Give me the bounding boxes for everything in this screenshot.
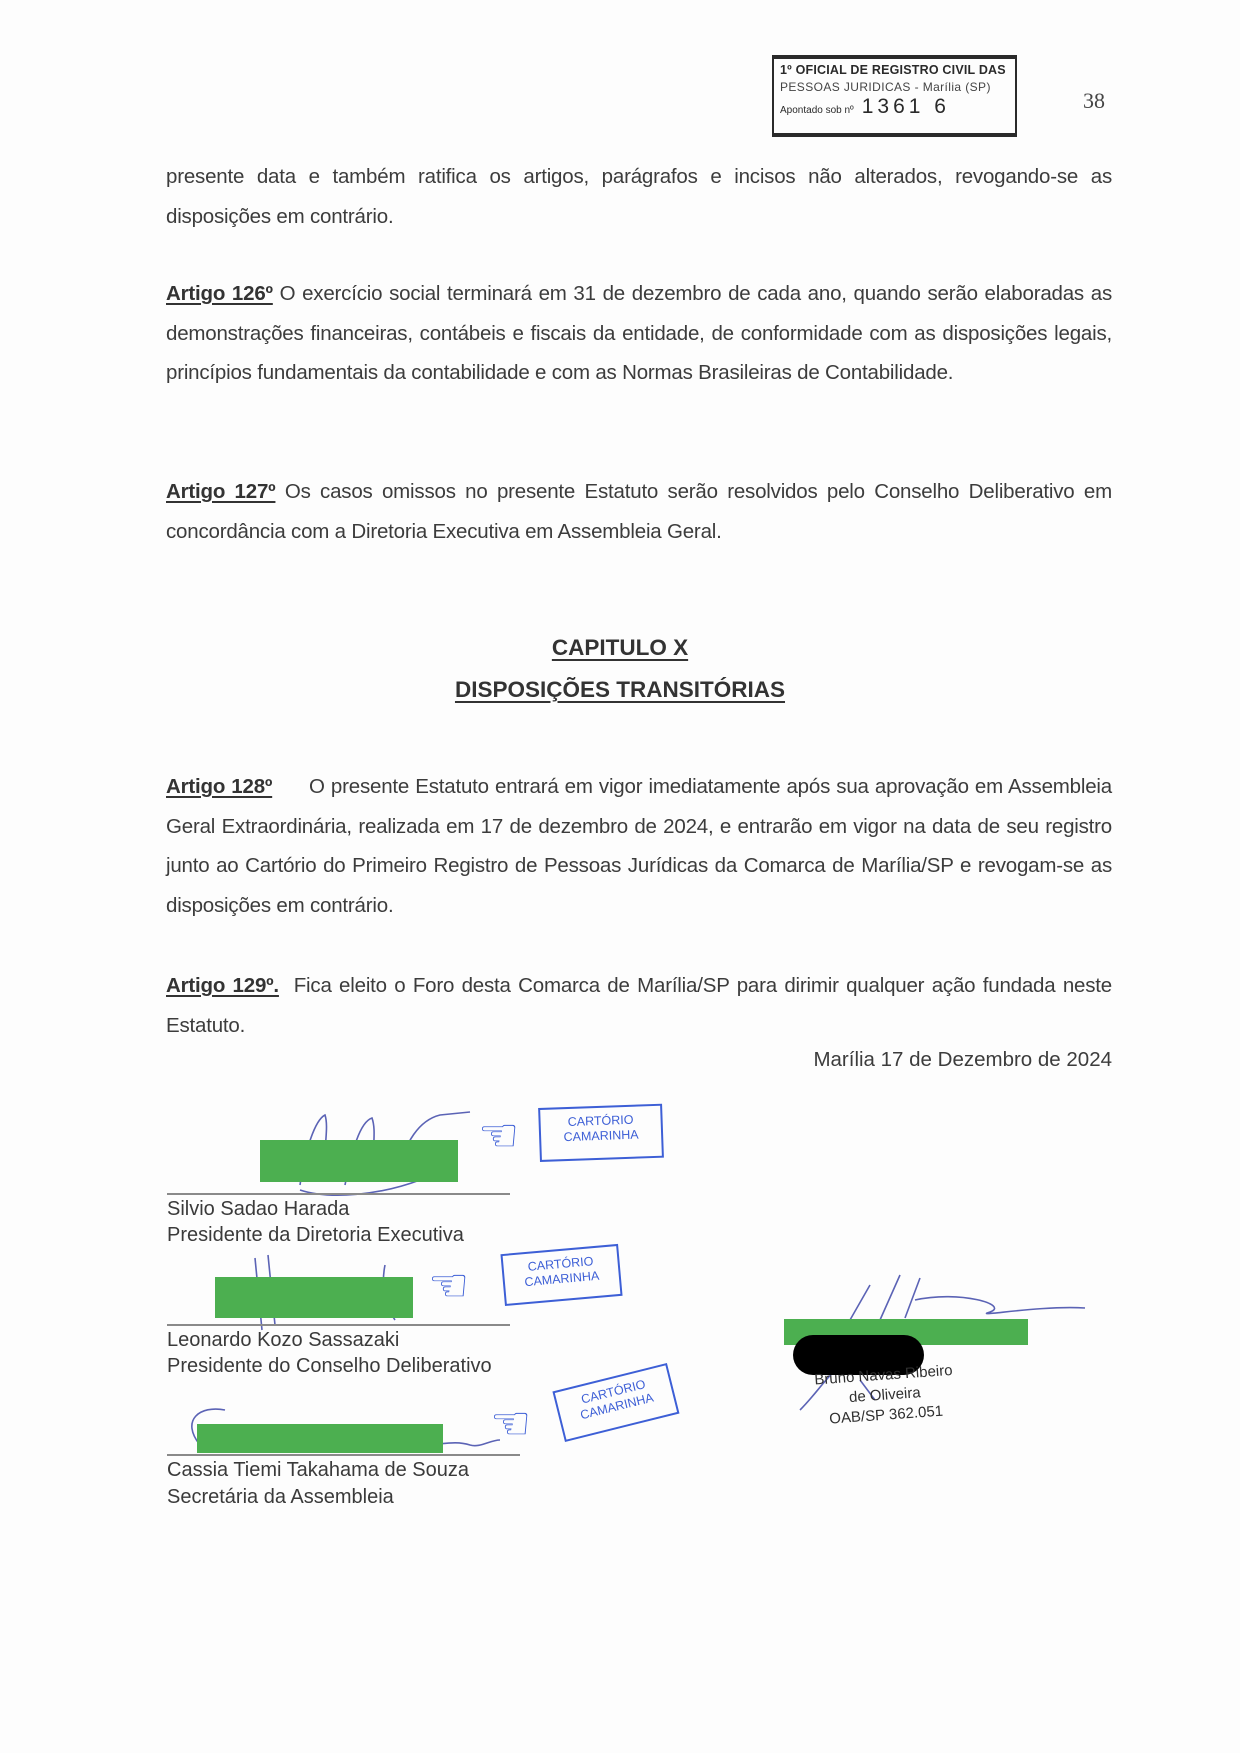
signatory-name: Silvio Sadao Harada	[167, 1196, 349, 1222]
pointing-hand-stamp-icon: ☜	[490, 1400, 531, 1446]
pointing-hand-stamp-icon: ☜	[478, 1112, 519, 1158]
signatory-role: Secretária da Assembleia	[167, 1484, 394, 1510]
cartorio-stamp-line2: CAMARINHA	[549, 1127, 653, 1146]
cartorio-stamp: CARTÓRIO CAMARINHA	[538, 1104, 664, 1162]
redaction-signature-3	[197, 1424, 443, 1453]
signature-line	[167, 1193, 510, 1195]
pointing-hand-stamp-icon: ☜	[428, 1262, 469, 1308]
signatory-name: Cassia Tiemi Takahama de Souza	[167, 1457, 469, 1483]
signature-line	[167, 1454, 520, 1456]
cartorio-stamp: CARTÓRIO CAMARINHA	[500, 1244, 622, 1306]
redaction-signature-1	[260, 1140, 458, 1182]
signatory-role: Presidente da Diretoria Executiva	[167, 1222, 464, 1248]
signature-line	[167, 1324, 510, 1326]
signatory-name: Leonardo Kozo Sassazaki	[167, 1327, 399, 1353]
lawyer-stamp: Bruno Navas Ribeiro de Oliveira OAB/SP 3…	[793, 1359, 977, 1431]
redaction-signature-2	[215, 1277, 413, 1318]
signatory-role: Presidente do Conselho Deliberativo	[167, 1353, 492, 1379]
